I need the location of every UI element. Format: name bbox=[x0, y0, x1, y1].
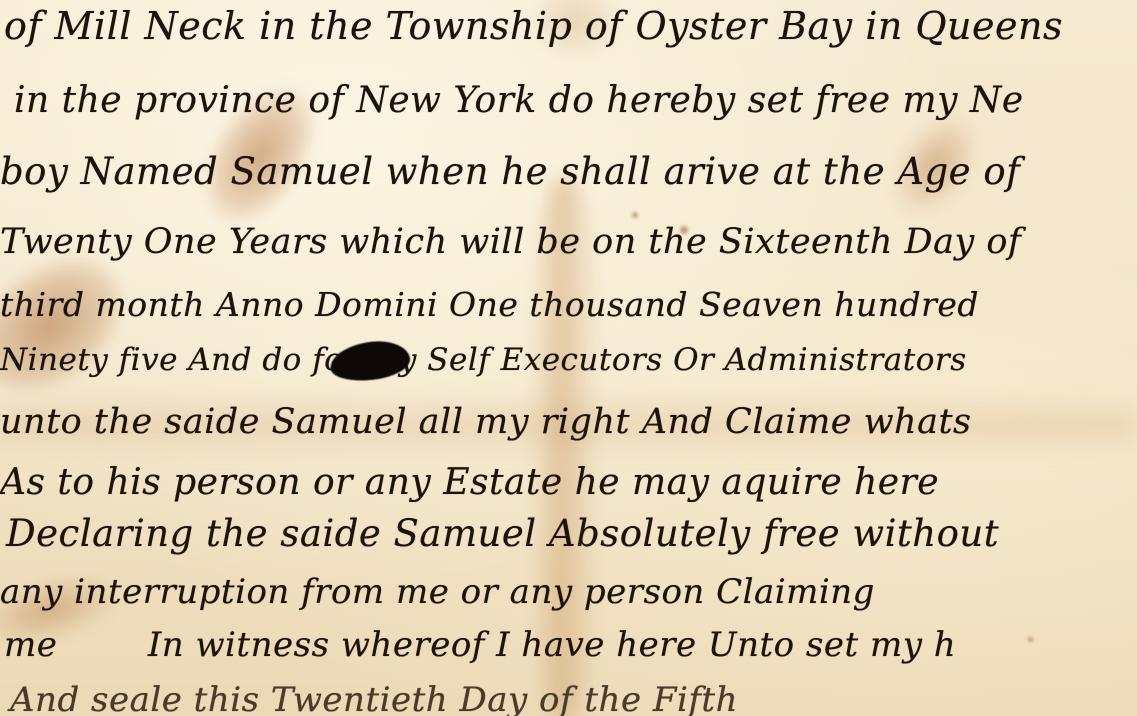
manuscript-line-2: in the province of New York do hereby se… bbox=[14, 80, 1024, 121]
manuscript-line-5: third month Anno Domini One thousand Sea… bbox=[0, 285, 979, 324]
manuscript-line-12: And seale this Twentieth Day of the Fift… bbox=[10, 680, 738, 716]
manuscript-line-4: Twenty One Years which will be on the Si… bbox=[0, 222, 1021, 262]
manuscript-line-11: me In witness whereof I have here Unto s… bbox=[4, 625, 956, 665]
foxing-spot bbox=[1028, 637, 1033, 642]
manuscript-line-6: Ninety five And do for my Self Executors… bbox=[0, 342, 967, 378]
manuscript-line-7: unto the saide Samuel all my right And C… bbox=[0, 402, 972, 442]
manuscript-line-3: boy Named Samuel when he shall arive at … bbox=[0, 150, 1020, 193]
manuscript-line-8: As to his person or any Estate he may aq… bbox=[0, 462, 939, 503]
manuscript-line-1: of Mill Neck in the Township of Oyster B… bbox=[4, 4, 1063, 48]
manuscript-page: of Mill Neck in the Township of Oyster B… bbox=[0, 0, 1137, 716]
foxing-spot bbox=[632, 212, 638, 218]
manuscript-line-10: any interruption from me or any person C… bbox=[0, 572, 875, 612]
manuscript-line-9: Declaring the saide Samuel Absolutely fr… bbox=[6, 512, 999, 555]
